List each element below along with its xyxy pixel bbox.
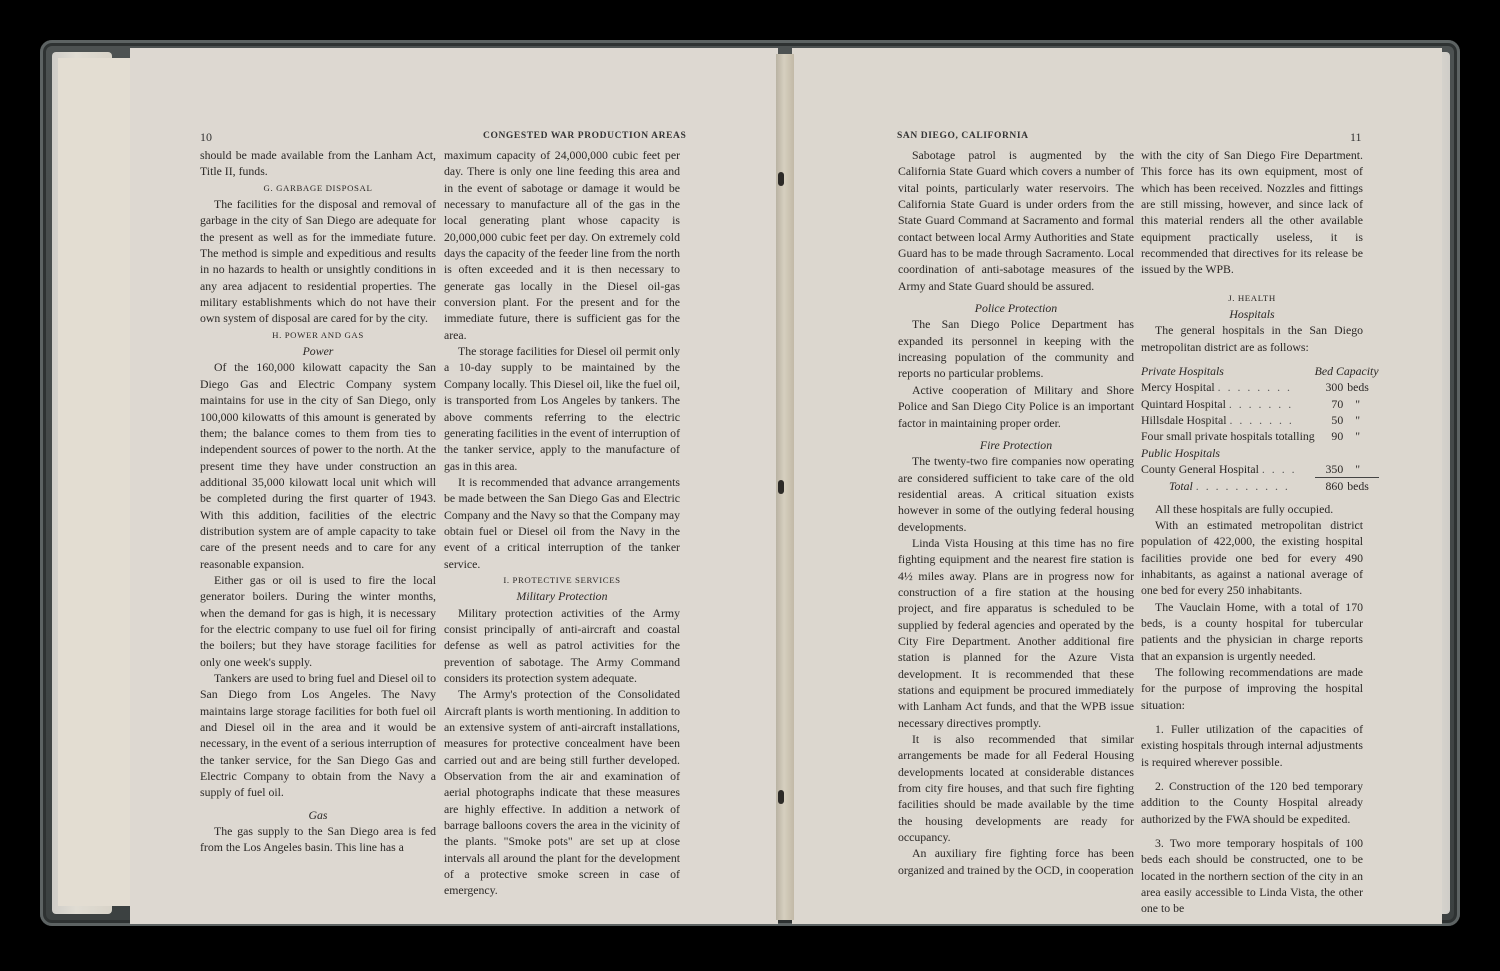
section-heading-health: J. HEALTH <box>1141 290 1363 306</box>
total-beds: 860 <box>1315 478 1348 495</box>
paragraph: It is recommended that advance arrangeme… <box>444 474 680 572</box>
previous-pages-stack <box>58 58 131 906</box>
table-row: Hillsdale Hospital . . . . . . . 50 " <box>1141 412 1379 428</box>
table-row: Quintard Hospital . . . . . . . 70 " <box>1141 396 1379 412</box>
subheading-gas: Gas <box>200 807 436 823</box>
table-header-row: Private Hospitals Bed Capacity <box>1141 363 1379 379</box>
hospital-name: Mercy Hospital <box>1141 380 1215 394</box>
running-head-left: CONGESTED WAR PRODUCTION AREAS <box>483 131 686 141</box>
paragraph: Linda Vista Housing at this time has no … <box>898 535 1134 731</box>
table-subheader-row: Public Hospitals <box>1141 445 1379 461</box>
hospital-name: Quintard Hospital <box>1141 397 1226 411</box>
paragraph: The general hospitals in the San Diego m… <box>1141 322 1363 355</box>
paragraph: Sabotage patrol is augmented by the Cali… <box>898 147 1134 294</box>
paragraph: The facilities for the disposal and remo… <box>200 196 436 327</box>
paragraph: The twenty-two fire companies now operat… <box>898 453 1134 535</box>
right-page-column-2: with the city of San Diego Fire Departme… <box>1141 147 1363 917</box>
right-page-column-1: Sabotage patrol is augmented by the Cali… <box>898 147 1134 878</box>
paragraph: Military protection activities of the Ar… <box>444 605 680 687</box>
binding-staple <box>778 172 784 186</box>
paragraph: The San Diego Police Department has expa… <box>898 316 1134 381</box>
recommendations-list: 1. Fuller utilization of the capacities … <box>1141 721 1363 917</box>
left-page-column-2: maximum capacity of 24,000,000 cubic fee… <box>444 147 680 899</box>
section-heading-garbage: G. GARBAGE DISPOSAL <box>200 180 436 196</box>
bed-capacity-header: Bed Capacity <box>1315 363 1379 379</box>
paragraph: maximum capacity of 24,000,000 cubic fee… <box>444 147 680 343</box>
section-heading-power-gas: H. POWER AND GAS <box>200 327 436 343</box>
recommendation-item: 2. Construction of the 120 bed temporary… <box>1141 778 1363 827</box>
private-hospitals-header: Private Hospitals <box>1141 363 1315 379</box>
left-page-column-1: should be made available from the Lanham… <box>200 147 436 856</box>
hospital-capacity-table: Private Hospitals Bed Capacity Mercy Hos… <box>1141 363 1379 494</box>
running-head-right: SAN DIEGO, CALIFORNIA <box>897 131 1029 141</box>
paragraph: The storage facilities for Diesel oil pe… <box>444 343 680 474</box>
recommendation-item: 3. Two more temporary hospitals of 100 b… <box>1141 835 1363 917</box>
table-row: County General Hospital . . . . 350 " <box>1141 461 1379 478</box>
recommendation-item: 1. Fuller utilization of the capacities … <box>1141 721 1363 770</box>
subheading-power: Power <box>200 343 436 359</box>
hospital-name: Four small private hospitals totalling <box>1141 428 1315 444</box>
paragraph: Of the 160,000 kilowatt capacity the San… <box>200 359 436 571</box>
paragraph: The gas supply to the San Diego area is … <box>200 823 436 856</box>
paragraph: Tankers are used to bring fuel and Diese… <box>200 670 436 801</box>
subheading-police-protection: Police Protection <box>898 300 1134 316</box>
table-row: Four small private hospitals totalling 9… <box>1141 428 1379 444</box>
bed-count: 90 <box>1315 428 1348 444</box>
section-heading-protective-services: I. PROTECTIVE SERVICES <box>444 572 680 588</box>
paragraph: should be made available from the Lanham… <box>200 147 436 180</box>
paragraph: An auxiliary fire fighting force has bee… <box>898 845 1134 878</box>
bed-count: 70 <box>1315 396 1348 412</box>
paragraph: The following recommendations are made f… <box>1141 664 1363 713</box>
paragraph: The Vauclain Home, with a total of 170 b… <box>1141 599 1363 664</box>
binding-staple <box>778 480 784 494</box>
paragraph: Active cooperation of Military and Shore… <box>898 382 1134 431</box>
total-label: Total <box>1155 479 1193 493</box>
binding-staple <box>778 790 784 804</box>
paragraph: With an estimated metropolitan district … <box>1141 517 1363 599</box>
subheading-hospitals: Hospitals <box>1141 306 1363 322</box>
hospital-name: County General Hospital <box>1141 462 1259 476</box>
bed-count: 350 <box>1315 461 1348 478</box>
subheading-fire-protection: Fire Protection <box>898 437 1134 453</box>
subheading-military-protection: Military Protection <box>444 588 680 604</box>
paragraph: Either gas or oil is used to fire the lo… <box>200 572 436 670</box>
table-total-row: Total . . . . . . . . . . 860 beds <box>1141 478 1379 495</box>
bed-count: 300 <box>1315 379 1348 395</box>
paragraph: The Army's protection of the Consolidate… <box>444 686 680 898</box>
page-number-left: 10 <box>200 130 212 145</box>
page-number-right: 11 <box>1350 130 1362 145</box>
paragraph: It is also recommended that similar arra… <box>898 731 1134 845</box>
paragraph: All these hospitals are fully occupied. <box>1141 501 1363 517</box>
public-hospitals-header: Public Hospitals <box>1141 445 1379 461</box>
table-row: Mercy Hospital . . . . . . . . 300 beds <box>1141 379 1379 395</box>
paragraph: with the city of San Diego Fire Departme… <box>1141 147 1363 278</box>
hospital-name: Hillsdale Hospital <box>1141 413 1227 427</box>
bed-count: 50 <box>1315 412 1348 428</box>
